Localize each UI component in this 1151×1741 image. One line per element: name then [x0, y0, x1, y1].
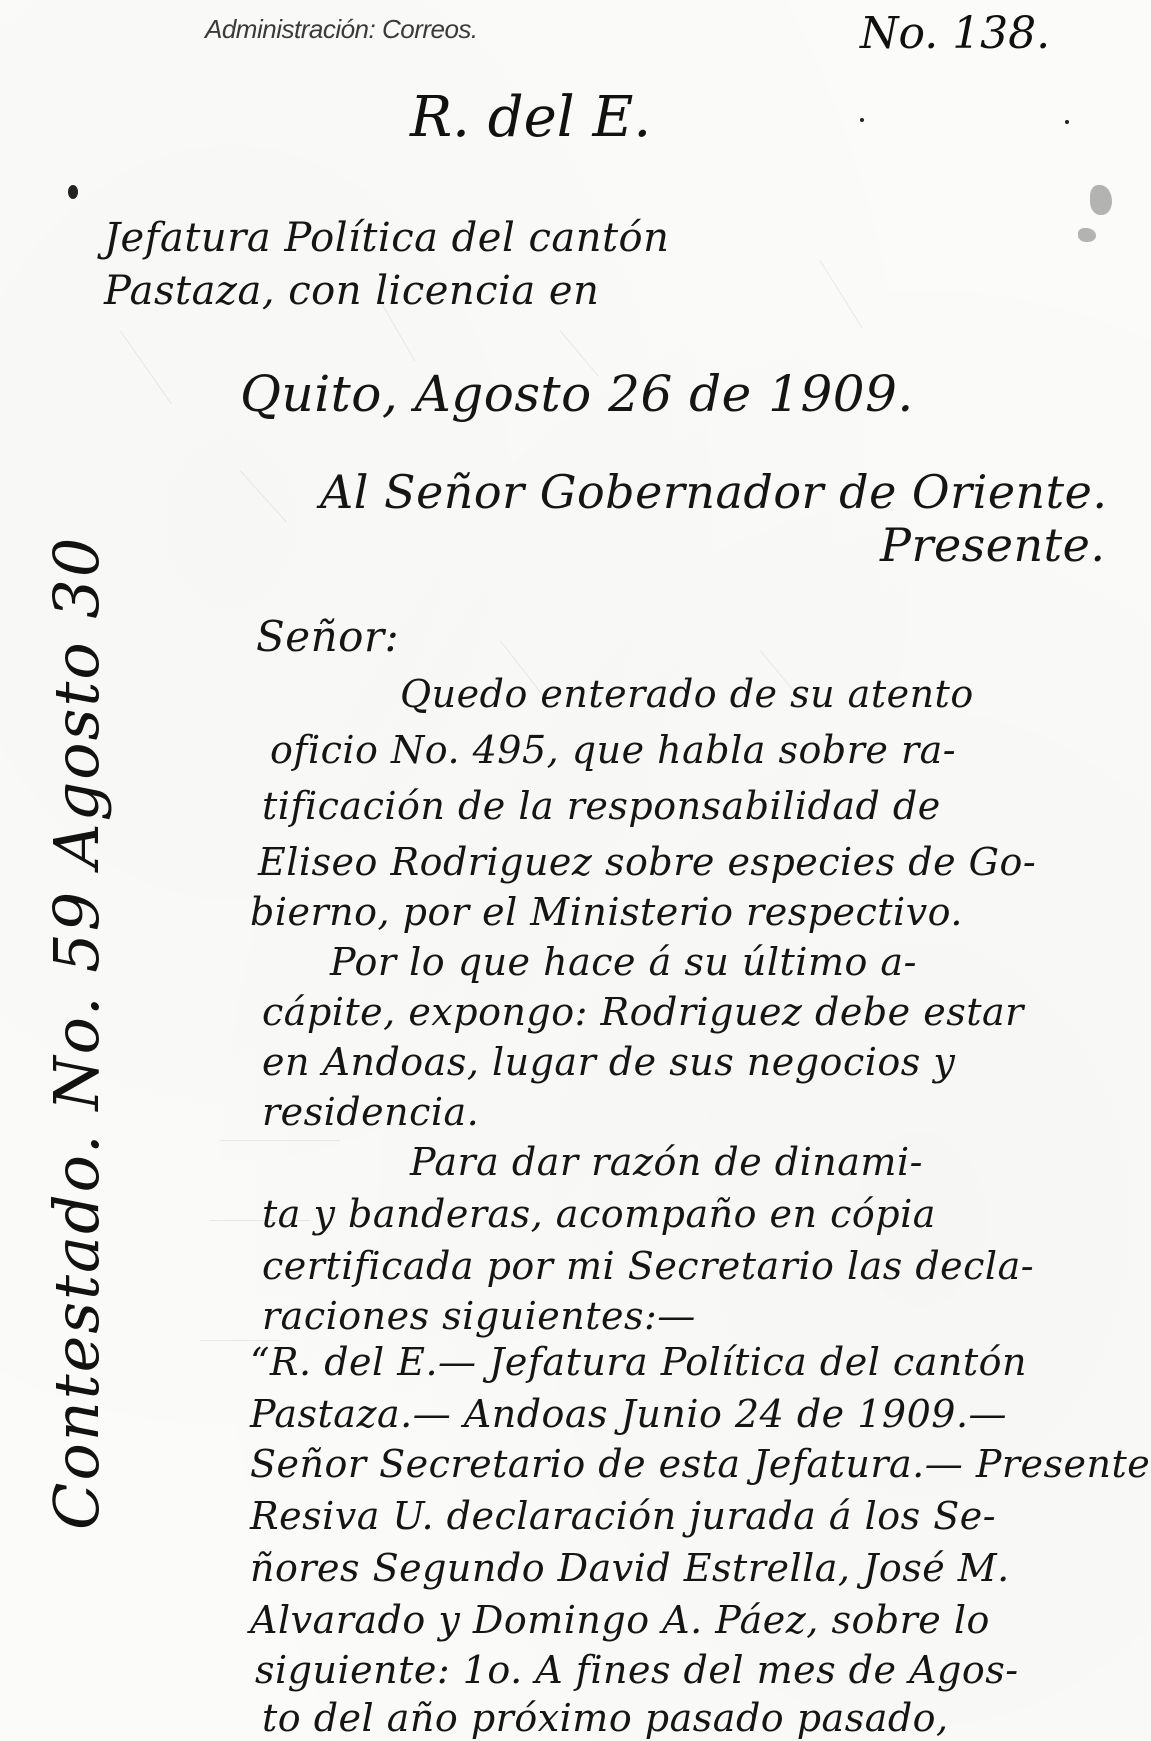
body-line: siguiente: 1o. A fines del mes de Agos- — [255, 1648, 1019, 1692]
body-line: Eliseo Rodriguez sobre especies de Go- — [258, 840, 1036, 884]
body-line: cápite, expongo: Rodriguez debe estar — [262, 990, 1024, 1034]
addressee-presente: Presente. — [880, 518, 1105, 572]
bleed-mark — [820, 260, 863, 328]
salutation: Señor: — [256, 612, 399, 661]
heading: R. del E. — [410, 85, 651, 150]
sender-line: Jefatura Política del cantón — [104, 215, 669, 261]
document-page: Administración: Correos. No. 138. R. del… — [0, 0, 1151, 1741]
document-number: No. 138. — [860, 8, 1050, 59]
body-line: raciones siguientes:— — [262, 1294, 696, 1338]
body-line: Por lo que hace á su último a- — [330, 940, 917, 984]
body-line: “R. del E.— Jefatura Política del cantón — [250, 1340, 1027, 1384]
body-line: bierno, por el Ministerio respectivo. — [250, 890, 963, 934]
bleed-mark — [240, 470, 288, 523]
ink-spot — [1065, 120, 1069, 124]
body-line: Alvarado y Domingo A. Páez, sobre lo — [250, 1598, 990, 1642]
body-line: en Andoas, lugar de sus negocios y — [262, 1040, 955, 1084]
ink-spot — [68, 185, 78, 199]
addressee: Al Señor Gobernador de Oriente. — [320, 465, 1108, 519]
body-line: certificada por mi Secretario las decla- — [262, 1244, 1034, 1288]
header-pencil-note: Administración: Correos. — [205, 14, 478, 45]
body-line: to del año próximo pasado pasado, — [262, 1696, 949, 1740]
body-line: residencia. — [262, 1090, 479, 1134]
bleed-mark — [220, 1140, 340, 1141]
place-date: Quito, Agosto 26 de 1909. — [240, 365, 914, 423]
body-line: Quedo enterado de su atento — [400, 672, 974, 716]
body-line: oficio No. 495, que habla sobre ra- — [270, 728, 956, 772]
body-line: Señor Secretario de esta Jefatura.— Pres… — [250, 1442, 1150, 1486]
body-line: Resiva U. declaración jurada á los Se- — [250, 1494, 996, 1538]
body-line: ta y banderas, acompaño en cópia — [262, 1192, 936, 1236]
bleed-mark — [120, 330, 172, 404]
ink-stain — [1090, 185, 1112, 215]
body-line: ñores Segundo David Estrella, José M. — [250, 1546, 1010, 1590]
ink-spot — [860, 118, 864, 122]
ink-stain — [1078, 228, 1096, 242]
body-line: Para dar razón de dinami- — [410, 1140, 923, 1184]
margin-annotation: Contestado. No. 59 Agosto 30 — [40, 536, 113, 1530]
sender-line: Pastaza, con licencia en — [104, 268, 599, 314]
body-line: tificación de la responsabilidad de — [262, 784, 941, 828]
body-line: Pastaza.— Andoas Junio 24 de 1909.— — [250, 1392, 1007, 1436]
